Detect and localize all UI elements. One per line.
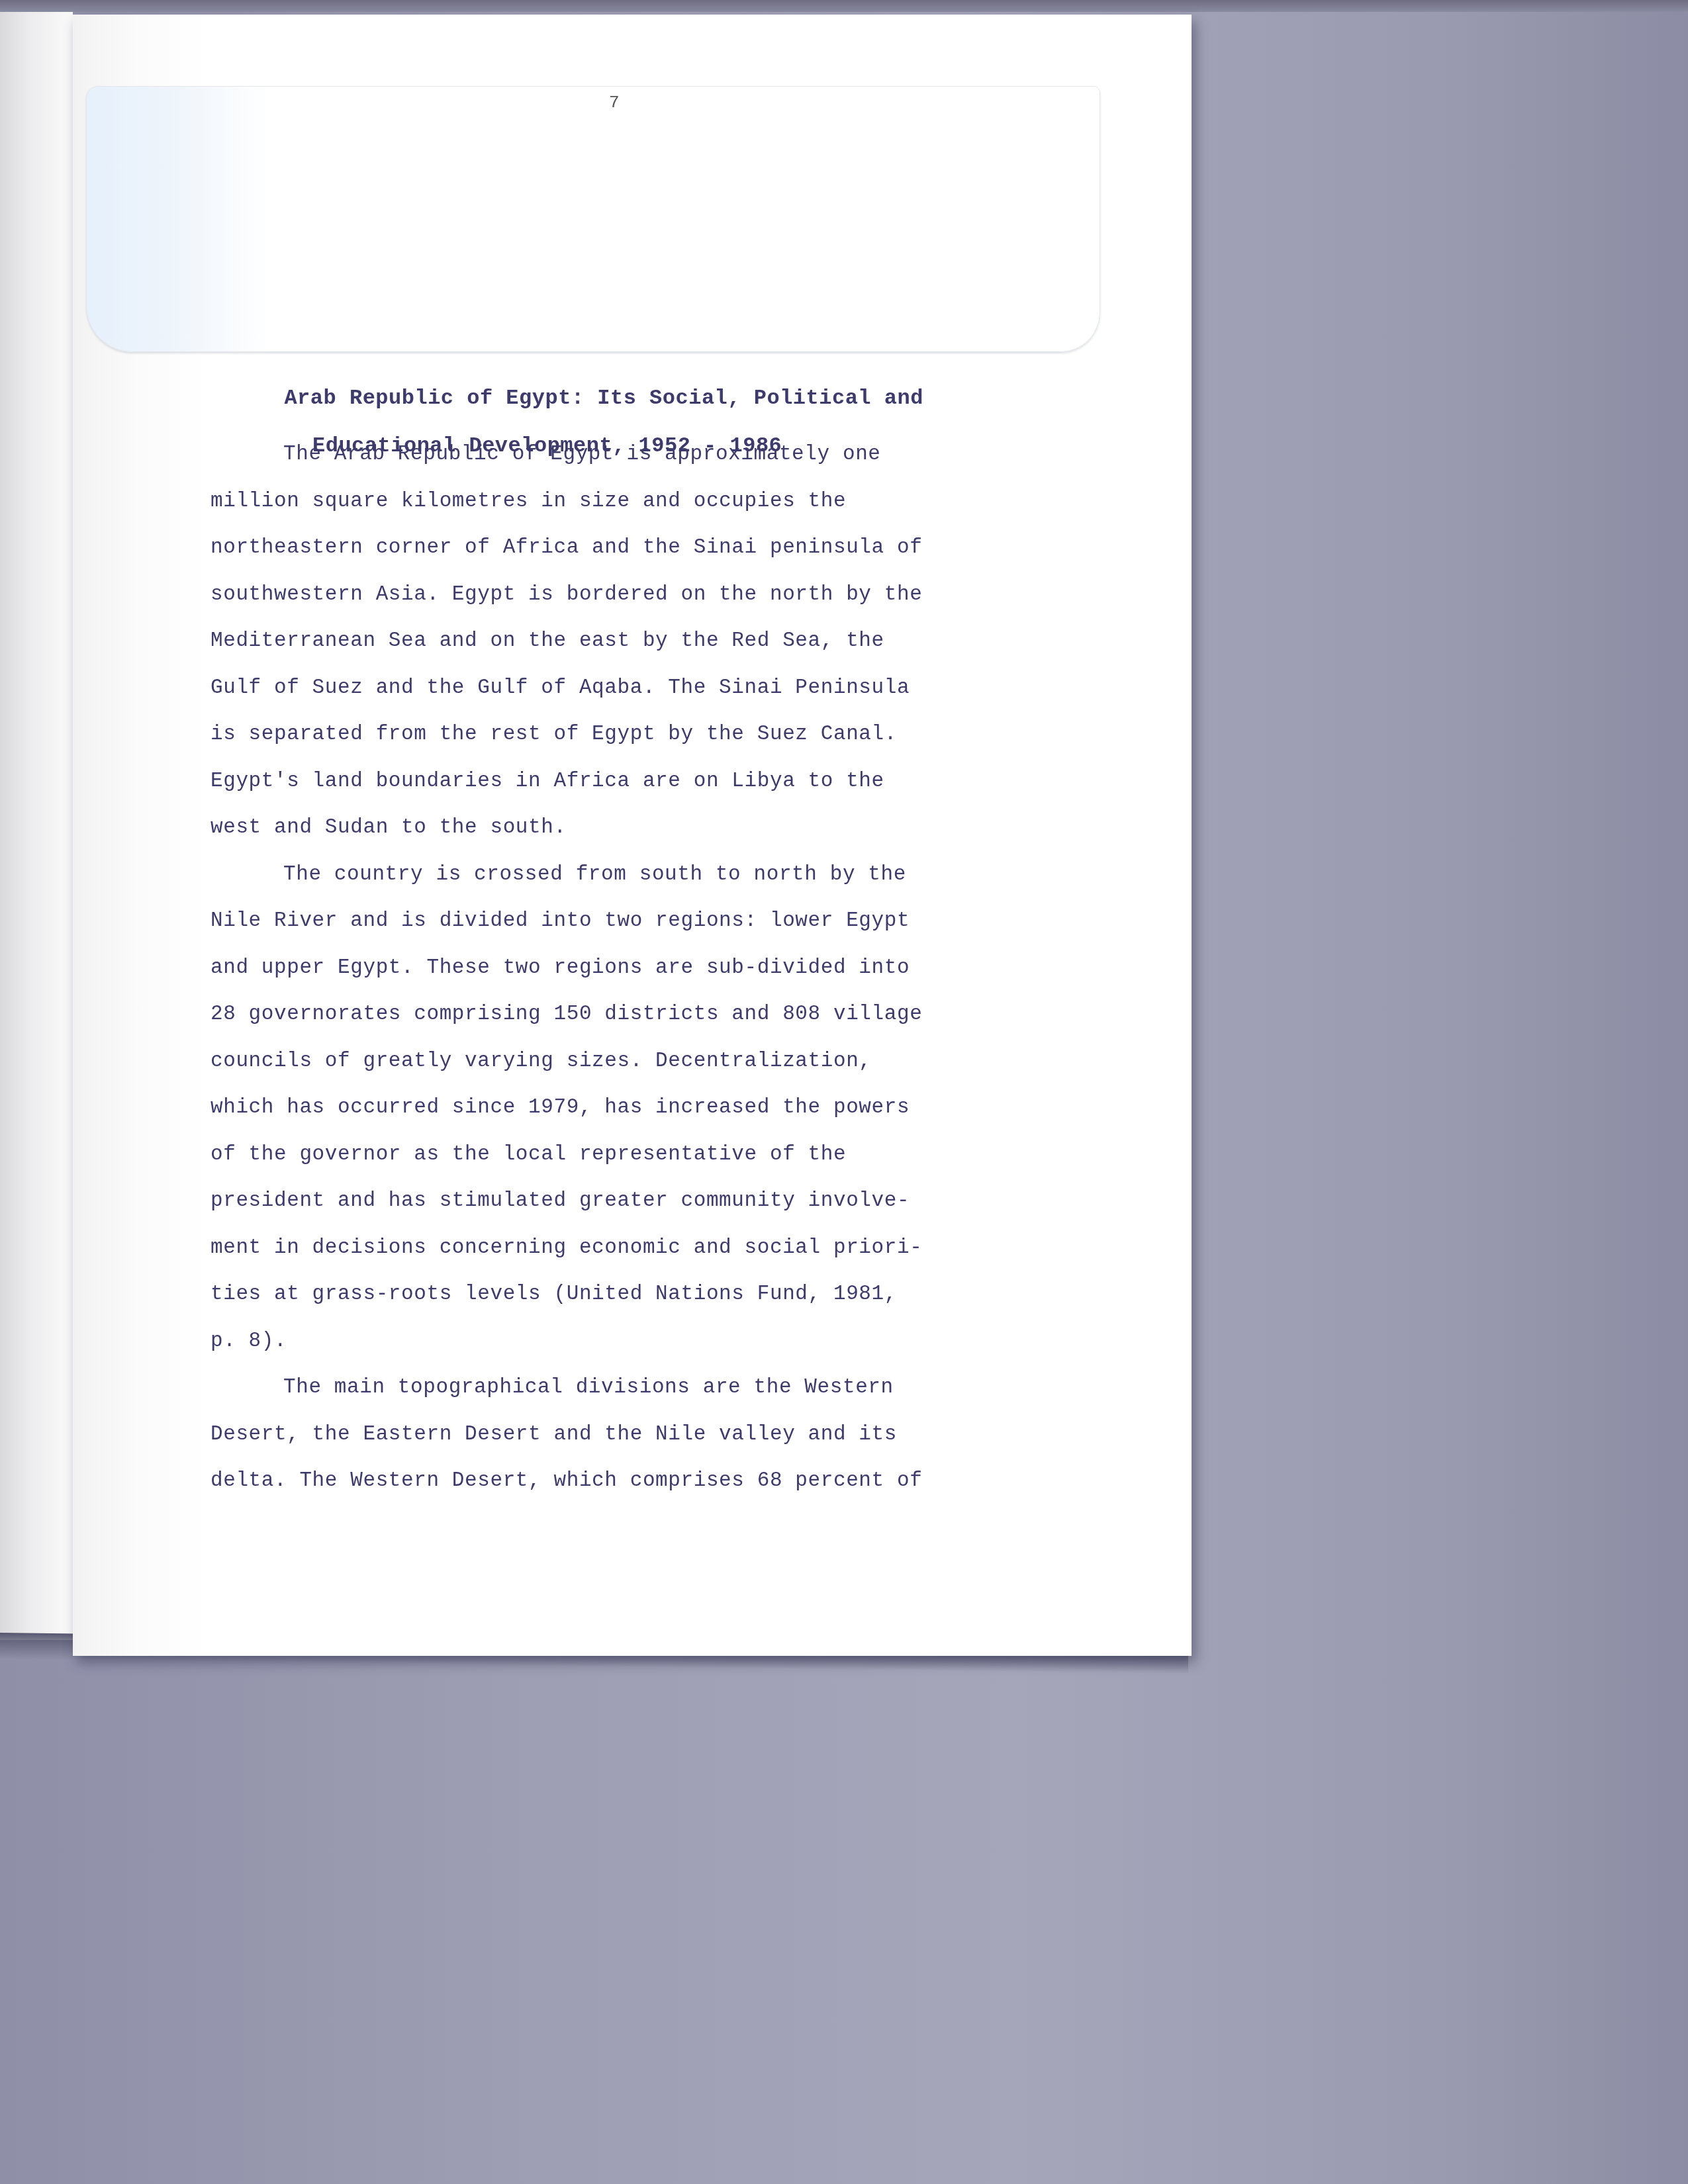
paragraph-3-line: delta. The Western Desert, which compris…	[211, 1458, 1038, 1505]
paragraph-1-line: Gulf of Suez and the Gulf of Aqaba. The …	[211, 665, 1038, 712]
paragraph-1-line: million square kilometres in size and oc…	[211, 478, 1038, 525]
paragraph-1-line: is separated from the rest of Egypt by t…	[211, 711, 1038, 758]
paragraph-2-line: ment in decisions concerning economic an…	[211, 1225, 1038, 1272]
paragraph-2-line: Nile River and is divided into two regio…	[211, 898, 1038, 945]
paragraph-2-line: councils of greatly varying sizes. Decen…	[211, 1038, 1038, 1085]
paragraph-2-line: The country is crossed from south to nor…	[211, 852, 1038, 899]
paragraph-3-line: The main topographical divisions are the…	[211, 1365, 1038, 1412]
paragraph-2-line: which has occurred since 1979, has incre…	[211, 1085, 1038, 1132]
paragraph-1-line: southwestern Asia. Egypt is bordered on …	[211, 572, 1038, 619]
paragraph-1-line: northeastern corner of Africa and the Si…	[211, 525, 1038, 572]
paragraph-1-line: Mediterranean Sea and on the east by the…	[211, 618, 1038, 665]
paragraph-1-line: west and Sudan to the south.	[211, 805, 1038, 852]
paragraph-2-line: of the governor as the local representat…	[211, 1132, 1038, 1179]
tape-patch	[86, 86, 1100, 352]
book-spine	[0, 12, 73, 1640]
document-body: The Arab Republic of Egypt is approximat…	[211, 432, 1038, 1505]
paragraph-2-line: president and has stimulated greater com…	[211, 1178, 1038, 1225]
paragraph-1-line: Egypt's land boundaries in Africa are on…	[211, 758, 1038, 805]
paragraph-2-line: and upper Egypt. These two regions are s…	[211, 945, 1038, 992]
paragraph-2-line: ties at grass-roots levels (United Natio…	[211, 1271, 1038, 1318]
paragraph-1-line: The Arab Republic of Egypt is approximat…	[211, 432, 1038, 478]
scanner-top-edge	[0, 0, 1688, 12]
paragraph-3-line: Desert, the Eastern Desert and the Nile …	[211, 1412, 1038, 1459]
page-mark: 7	[609, 93, 620, 113]
paragraph-2-line: p. 8).	[211, 1318, 1038, 1365]
paragraph-2-line: 28 governorates comprising 150 districts…	[211, 991, 1038, 1038]
title-line-1: Arab Republic of Egypt: Its Social, Poli…	[284, 386, 923, 410]
